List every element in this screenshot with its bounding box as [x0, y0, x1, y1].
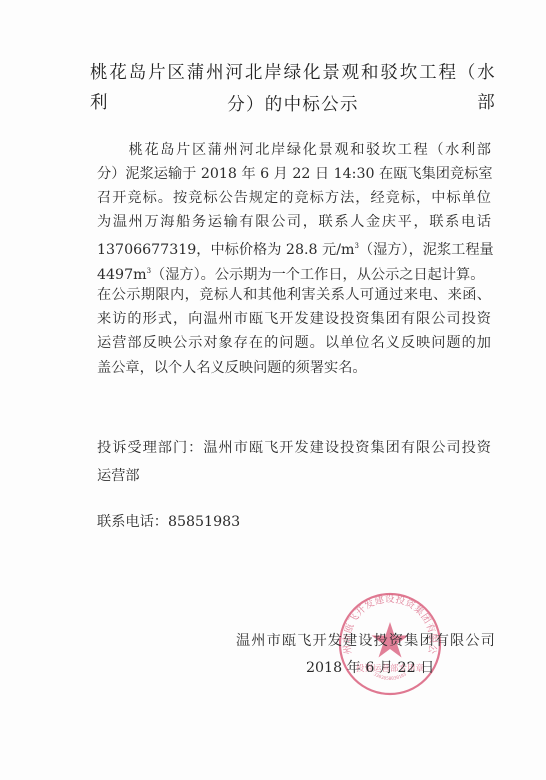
complaint-dept-line-2: 运营部: [97, 466, 491, 486]
mud-volume: 4497m: [97, 267, 147, 283]
signature-date: 2018 年 6 月 22 日: [306, 658, 434, 678]
body-line-8: 来访的形式，向温州市瓯飞开发建设投资集团有限公司投资: [97, 309, 491, 329]
body-line-10: 盖公章，以个人名义反映问题的须署实名。: [97, 358, 491, 378]
body-line-9: 运营部反映公示对象存在的问题。以单位名义反映问题的加: [97, 333, 491, 353]
body-line-3: 召开竞标。按竞标公告规定的竞标方法，经竞标，中标单位: [97, 188, 491, 208]
body-line-4: 为温州万海船务运输有限公司，联系人金庆平，联系电话: [97, 212, 491, 232]
bid-price-unit-tail: （湿方），泥浆工程量: [359, 242, 494, 258]
bid-phone-and-price: 13706677319，中标价格为 28.8 元/m: [97, 242, 354, 258]
body-line-7: 在公示期限内，竞标人和其他利害关系人可通过来电、来函、: [97, 285, 491, 305]
document-title-line-2: 分）的中标公示: [90, 90, 496, 120]
body-line-1: 桃花岛片区蒲州河北岸绿化景观和驳坎工程（水利部: [97, 140, 491, 160]
publicity-period-text: （湿方）。公示期为一个工作日，从公示之日起计算。: [151, 267, 484, 283]
body-line-2: 分）泥浆运输于 2018 年 6 月 22 日 14:30 在瓯飞集团竞标室: [97, 164, 491, 184]
contact-phone: 联系电话：85851983: [97, 512, 491, 532]
body-line-5: 13706677319，中标价格为 28.8 元/m3（湿方），泥浆工程量: [97, 236, 491, 256]
signature-organization: 温州市瓯飞开发建设投资集团有限公司: [236, 631, 496, 651]
document-page: 桃花岛片区蒲州河北岸绿化景观和驳坎工程（水利部 分）的中标公示 桃花岛片区蒲州河…: [0, 0, 546, 780]
complaint-dept-line-1: 投诉受理部门：温州市瓯飞开发建设投资集团有限公司投资: [97, 438, 491, 458]
body-line-6: 4497m3（湿方）。公示期为一个工作日，从公示之日起计算。: [97, 261, 491, 281]
